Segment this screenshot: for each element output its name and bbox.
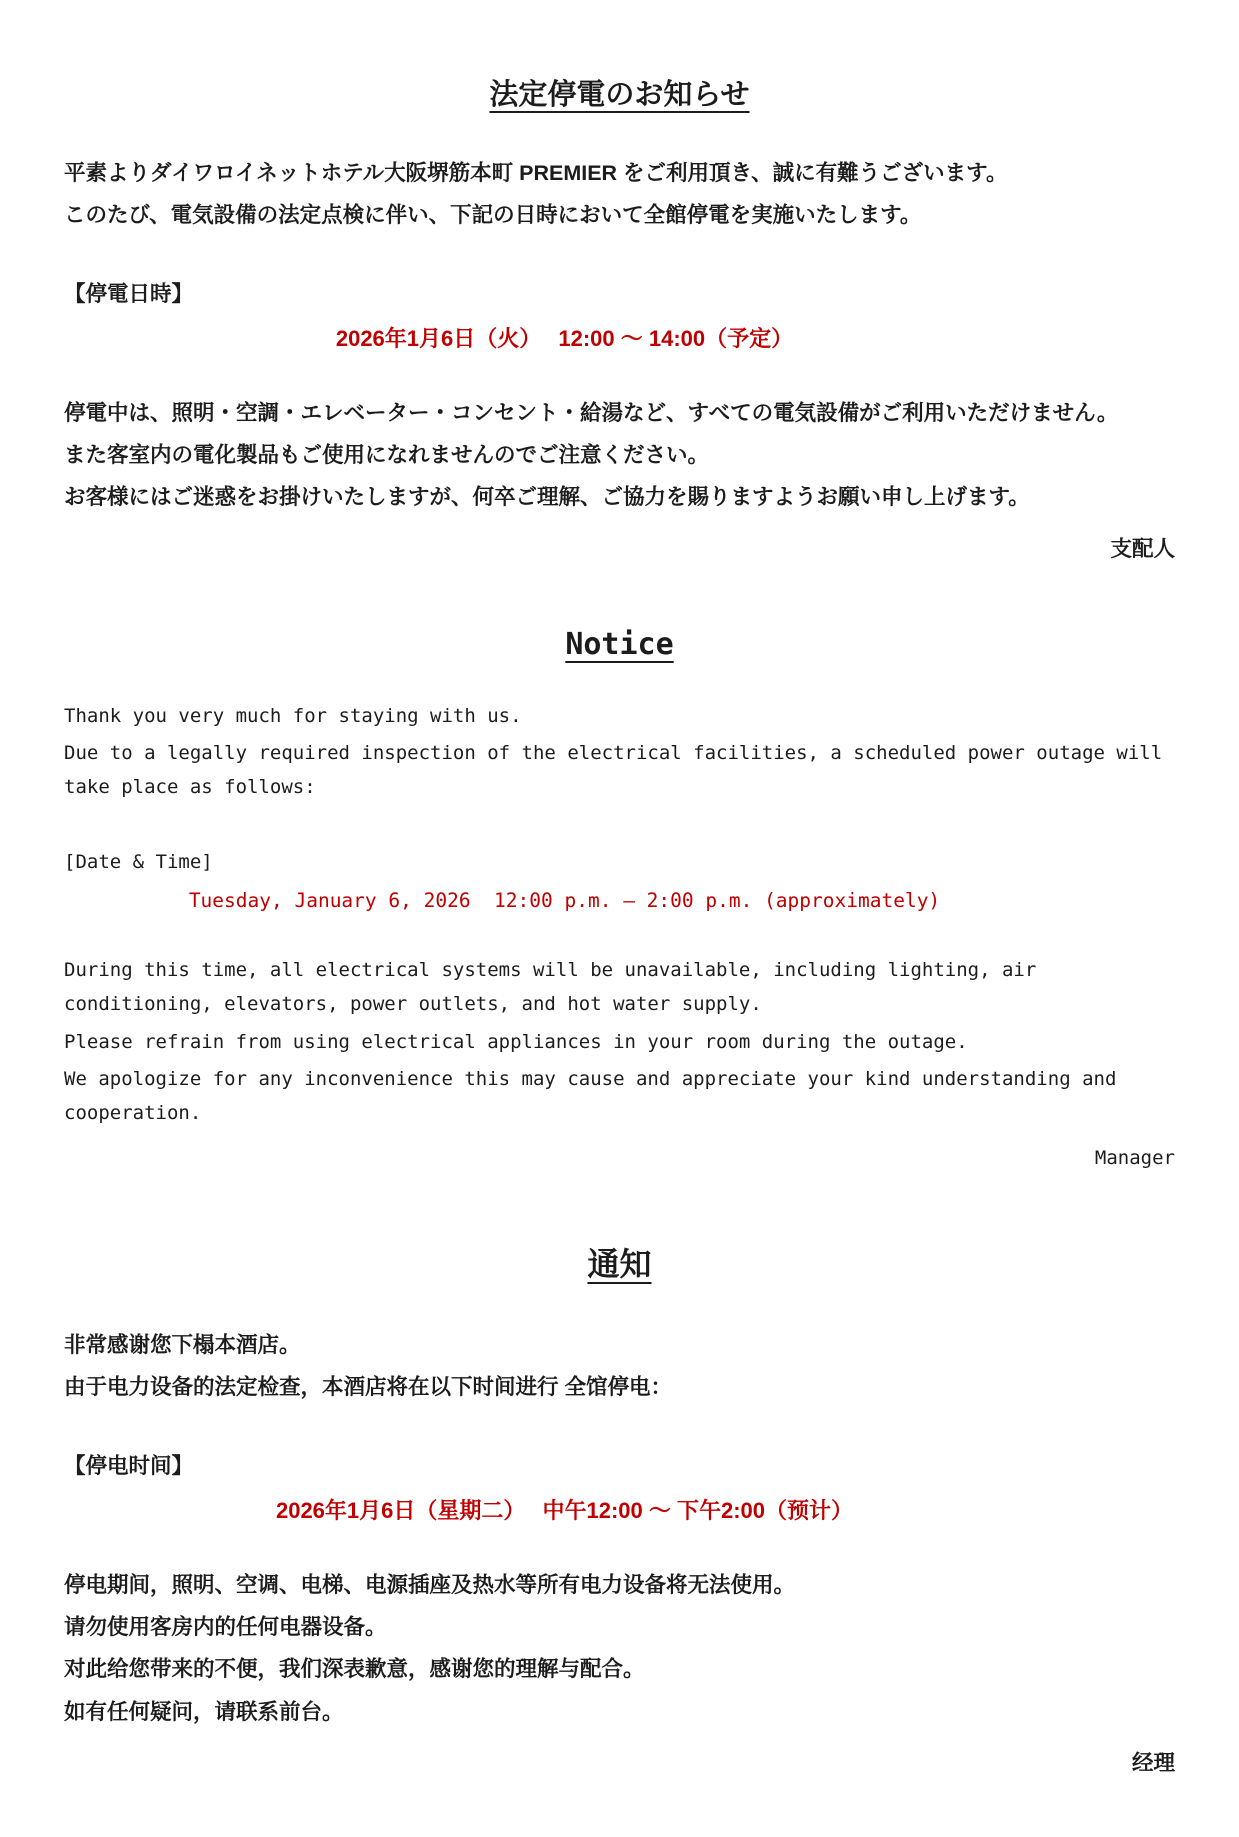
section-english: Notice Thank you very much for staying w… (64, 627, 1175, 1170)
english-schedule-label: [Date & Time] (64, 851, 1175, 873)
japanese-intro-line-1: 平素よりダイワロイネットホテル大阪堺筋本町 PREMIER をご利用頂き、誠に有… (64, 155, 1175, 191)
english-title: Notice (64, 627, 1175, 666)
english-signature: Manager (64, 1147, 1175, 1169)
japanese-body-line-3: お客様にはご迷惑をお掛けいたしますが、何卒ご理解、ご協力を賜りますようお願い申し… (64, 479, 1175, 515)
section-japanese: 法定停電のお知らせ 平素よりダイワロイネットホテル大阪堺筋本町 PREMIER … (64, 72, 1175, 563)
japanese-body: 停電中は、照明・空調・エレベーター・コンセント・給湯など、すべての電気設備がご利… (64, 395, 1175, 515)
chinese-signature: 经理 (64, 1746, 1175, 1777)
english-body: During this time, all electrical systems… (64, 954, 1175, 1131)
chinese-body-line-3: 对此给您带来的不便，我们深表歉意，感谢您的理解与配合。 (64, 1651, 1175, 1687)
chinese-body: 停电期间，照明、空调、电梯、电源插座及热水等所有电力设备将无法使用。 请勿使用客… (64, 1567, 1175, 1729)
chinese-intro-line-2: 由于电力设备的法定检查，本酒店将在以下时间进行 全馆停电： (64, 1369, 1175, 1405)
japanese-title-text: 法定停電のお知らせ (489, 72, 749, 117)
chinese-title: 通知 (64, 1239, 1175, 1289)
chinese-body-line-4: 如有任何疑问，请联系前台。 (64, 1694, 1175, 1730)
english-intro-line-2: Due to a legally required inspection of … (64, 737, 1175, 805)
english-body-line-3: We apologize for any inconvenience this … (64, 1063, 1175, 1131)
chinese-title-text: 通知 (587, 1239, 651, 1289)
japanese-signature: 支配人 (64, 532, 1175, 563)
english-body-line-1: During this time, all electrical systems… (64, 954, 1175, 1022)
chinese-body-line-1: 停电期间，照明、空调、电梯、电源插座及热水等所有电力设备将无法使用。 (64, 1567, 1175, 1603)
english-intro-line-1: Thank you very much for staying with us. (64, 700, 1175, 734)
japanese-title: 法定停電のお知らせ (64, 72, 1175, 117)
english-schedule-value: Tuesday, January 6, 2026 12:00 p.m. – 2:… (64, 889, 1175, 912)
section-chinese: 通知 非常感谢您下榻本酒店。 由于电力设备的法定检查，本酒店将在以下时间进行 全… (64, 1239, 1175, 1777)
chinese-body-line-2: 请勿使用客房内的任何电器设备。 (64, 1609, 1175, 1645)
japanese-body-line-2: また客室内の電化製品もご使用になれませんのでご注意ください。 (64, 437, 1175, 473)
chinese-intro-line-1: 非常感谢您下榻本酒店。 (64, 1327, 1175, 1363)
japanese-intro-line-2: このたび、電気設備の法定点検に伴い、下記の日時において全館停電を実施いたします。 (64, 197, 1175, 233)
japanese-schedule-value: 2026年1月6日（火） 12:00 〜 14:00（予定） (64, 322, 1175, 353)
chinese-schedule-label: 【停电时间】 (64, 1449, 1175, 1480)
english-body-line-2: Please refrain from using electrical app… (64, 1026, 1175, 1060)
english-title-text: Notice (565, 627, 673, 666)
japanese-schedule-label: 【停電日時】 (64, 277, 1175, 308)
japanese-body-line-1: 停電中は、照明・空調・エレベーター・コンセント・給湯など、すべての電気設備がご利… (64, 395, 1175, 431)
notice-document-page: 法定停電のお知らせ 平素よりダイワロイネットホテル大阪堺筋本町 PREMIER … (0, 0, 1239, 1837)
chinese-schedule-value: 2026年1月6日（星期二） 中午12:00 〜 下午2:00（预计） (64, 1494, 1175, 1525)
